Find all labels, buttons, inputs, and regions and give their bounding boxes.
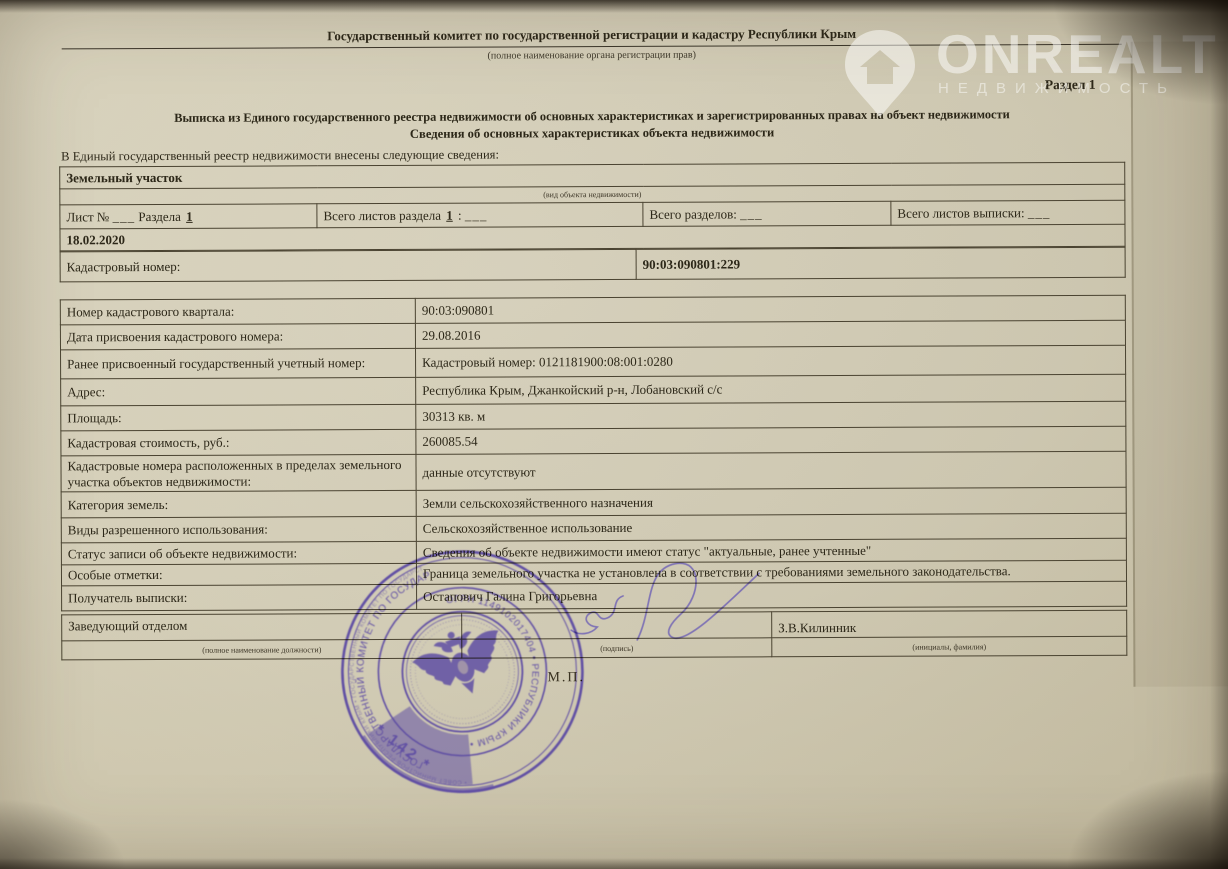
sections-total-label: Всего разделов: xyxy=(649,206,736,221)
field-land-category-value: Земли сельскохозяйственного назначения xyxy=(416,487,1126,516)
sheets-total-number: 1 xyxy=(444,207,455,222)
document-photo: Государственный комитет по государственн… xyxy=(0,0,1228,869)
extract-title: Выписка из Единого государственного реес… xyxy=(62,107,1122,127)
sheet-number-cell: Лист № ___ Раздела 1 xyxy=(60,204,317,229)
sheet-section-number: 1 xyxy=(184,208,195,223)
extract-sheets-label: Всего листов выписки: xyxy=(897,205,1024,221)
sheets-colon: : xyxy=(458,207,462,222)
field-area-value: 30313 кв. м xyxy=(416,401,1126,429)
name-caption: (инициалы, фамилия) xyxy=(772,636,1127,657)
document-sheet: Государственный комитет по государственн… xyxy=(0,0,1228,869)
sheets-blank: ___ xyxy=(465,207,488,222)
field-address-value: Республика Крым, Джанкойский р-н, Лобано… xyxy=(416,374,1126,404)
sheets-total-label: Всего листов раздела xyxy=(323,207,441,223)
field-assign-date-value: 29.08.2016 xyxy=(415,320,1125,348)
field-cadastral-quarter-value: 90:03:090801 xyxy=(415,295,1125,323)
sections-blank: ___ xyxy=(740,206,763,221)
sections-total-cell: Всего разделов: ___ xyxy=(643,201,891,226)
field-address-label: Адрес: xyxy=(61,377,416,406)
field-cadastral-value-value: 260085.54 xyxy=(416,426,1126,454)
paper-edge-shade xyxy=(1133,41,1228,686)
sheet-label: Лист № xyxy=(66,209,109,224)
org-name: Государственный комитет по государственн… xyxy=(62,25,1122,50)
official-round-stamp: • СОВЕТ МИНИСТРОВ РЕСПУБЛИКИ КРЫМ • ГОСУ… xyxy=(335,544,590,799)
org-name-caption: (полное наименование органа регистрации … xyxy=(62,48,1122,64)
field-permitted-use-value: Сельскохозяйственное использование xyxy=(416,513,1126,541)
section-label: Раздел 1 xyxy=(1045,77,1096,93)
field-permitted-use-label: Виды разрешенного использования: xyxy=(61,516,416,543)
field-land-category-label: Категория земель: xyxy=(61,490,416,518)
sheets-total-cell: Всего листов раздела 1 : ___ xyxy=(317,202,643,227)
field-previous-number-value: Кадастровый номер: 0121181900:08:001:028… xyxy=(416,345,1126,377)
table-row: Кадастровые номера расположенных в преде… xyxy=(61,451,1126,492)
field-inner-objects-label: Кадастровые номера расположенных в преде… xyxy=(61,454,416,492)
field-inner-objects-value: данные отсутствуют xyxy=(416,451,1126,490)
intro-line: В Единый государственный реестр недвижим… xyxy=(61,148,499,165)
sheet-blank: ___ xyxy=(113,209,136,224)
object-table: Земельный участок (вид объекта недвижимо… xyxy=(59,162,1125,252)
sheet-mid-label: Раздела xyxy=(138,208,181,223)
cadastral-number-value: 90:03:090801:229 xyxy=(636,247,1125,279)
signer-name: З.В.Килинник xyxy=(772,610,1127,638)
eagle-emblem xyxy=(407,616,516,709)
extract-blank: ___ xyxy=(1028,205,1051,220)
cadastral-number-label: Кадастровый номер: xyxy=(60,249,636,282)
table-row: Ранее присвоенный государственный учетны… xyxy=(61,345,1126,379)
cadastral-number-table: Кадастровый номер: 90:03:090801:229 xyxy=(60,247,1126,283)
field-previous-number-label: Ранее присвоенный государственный учетны… xyxy=(61,348,416,379)
extract-sheets-cell: Всего листов выписки: ___ xyxy=(891,200,1125,225)
field-cadastral-quarter-label: Номер кадастрового квартала: xyxy=(60,298,415,325)
field-area-label: Площадь: xyxy=(61,404,416,431)
extract-subtitle: Сведения об основных характеристиках объ… xyxy=(62,124,1122,144)
field-assign-date-label: Дата присвоения кадастрового номера: xyxy=(60,323,415,350)
field-cadastral-value-label: Кадастровая стоимость, руб.: xyxy=(61,429,416,456)
